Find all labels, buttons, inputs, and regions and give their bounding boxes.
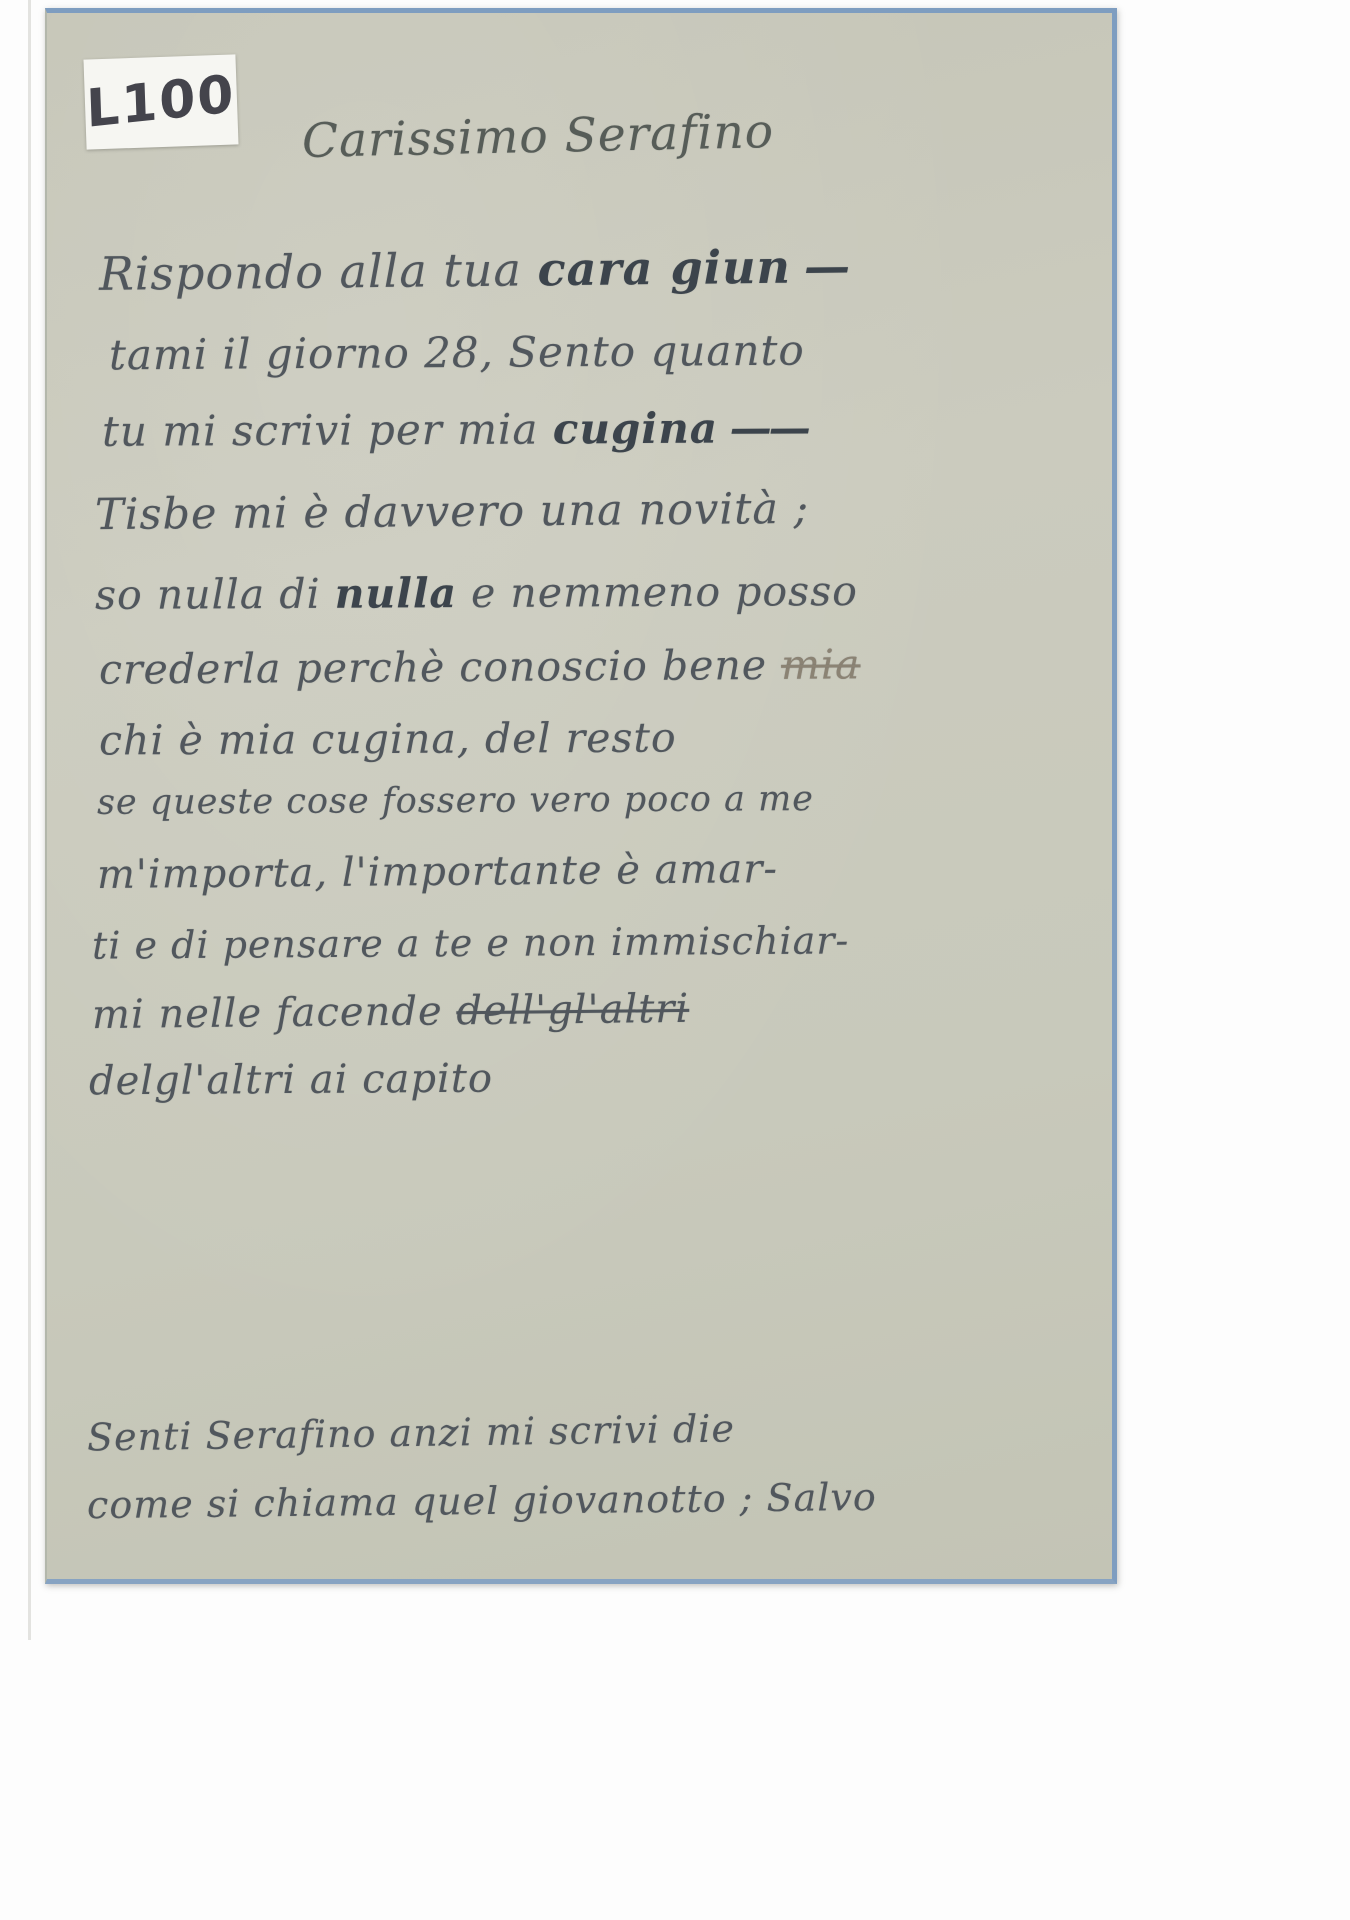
letter-line: ti e di pensare a te e non immischiar-: [92, 918, 850, 967]
line-segment: crederla perchè conoscio bene: [99, 641, 781, 694]
letter-line: come si chiama quel giovanotto ; Salvo: [87, 1475, 877, 1527]
line-segment: dell'gl'altri: [456, 986, 689, 1034]
line-segment: cara giun: [537, 240, 791, 297]
scanned-letter-page: L100 Carissimo Serafino Rispondo alla tu…: [0, 0, 1350, 1920]
line-segment: ti e di pensare a te e non immischiar-: [92, 918, 850, 967]
letter-line: delgl'altri ai capito: [89, 1056, 493, 1105]
line-segment: cugina: [553, 404, 718, 454]
line-segment: come si chiama quel giovanotto ; Salvo: [87, 1475, 877, 1527]
line-segment: se queste cose fossero vero poco a me: [97, 779, 814, 823]
archive-label: L100: [83, 54, 238, 149]
letter-line: Rispondo alla tua cara giun —: [99, 239, 847, 301]
archive-label-text: L100: [86, 64, 237, 140]
letter-title: Carissimo Serafino: [301, 104, 774, 169]
line-segment: chi è mia cugina, del resto: [99, 713, 677, 764]
letter-line: tu mi scrivi per mia cugina ——: [102, 403, 808, 456]
letter-line: tami il giorno 28, Sento quanto: [109, 326, 805, 380]
line-segment: Senti Serafino anzi mi scrivi die: [87, 1406, 735, 1459]
letter-line: chi è mia cugina, del resto: [99, 713, 677, 764]
letter-line: m'importa, l'importante è amar-: [97, 846, 778, 898]
letter-line: crederla perchè conoscio bene mia: [99, 640, 861, 693]
line-segment: mia: [781, 640, 861, 689]
letter-line: se queste cose fossero vero poco a me: [97, 779, 814, 823]
line-segment: m'importa, l'importante è amar-: [97, 846, 778, 898]
line-segment: Tisbe mi è davvero una novità ;: [95, 484, 810, 540]
line-segment: e nemmeno posso: [457, 567, 858, 617]
letter-line: mi nelle facende dell'gl'altri: [92, 986, 690, 1038]
line-segment: mi nelle facende: [92, 988, 457, 1038]
line-segment: Rispondo alla tua: [99, 242, 538, 301]
line-segment: tu mi scrivi per mia: [102, 404, 553, 455]
line-segment: tami il giorno 28, Sento quanto: [109, 326, 805, 380]
line-segment: —: [791, 239, 848, 294]
line-segment: nulla: [335, 569, 458, 618]
letter-paper: L100 Carissimo Serafino Rispondo alla tu…: [45, 8, 1117, 1584]
line-segment: so nulla di: [95, 570, 335, 619]
line-segment: ——: [718, 403, 808, 452]
letter-line: Tisbe mi è davvero una novità ;: [95, 484, 810, 540]
letter-line: so nulla di nulla e nemmeno posso: [95, 567, 858, 619]
line-segment: delgl'altri ai capito: [89, 1056, 493, 1105]
letter-line: Senti Serafino anzi mi scrivi die: [87, 1406, 735, 1459]
